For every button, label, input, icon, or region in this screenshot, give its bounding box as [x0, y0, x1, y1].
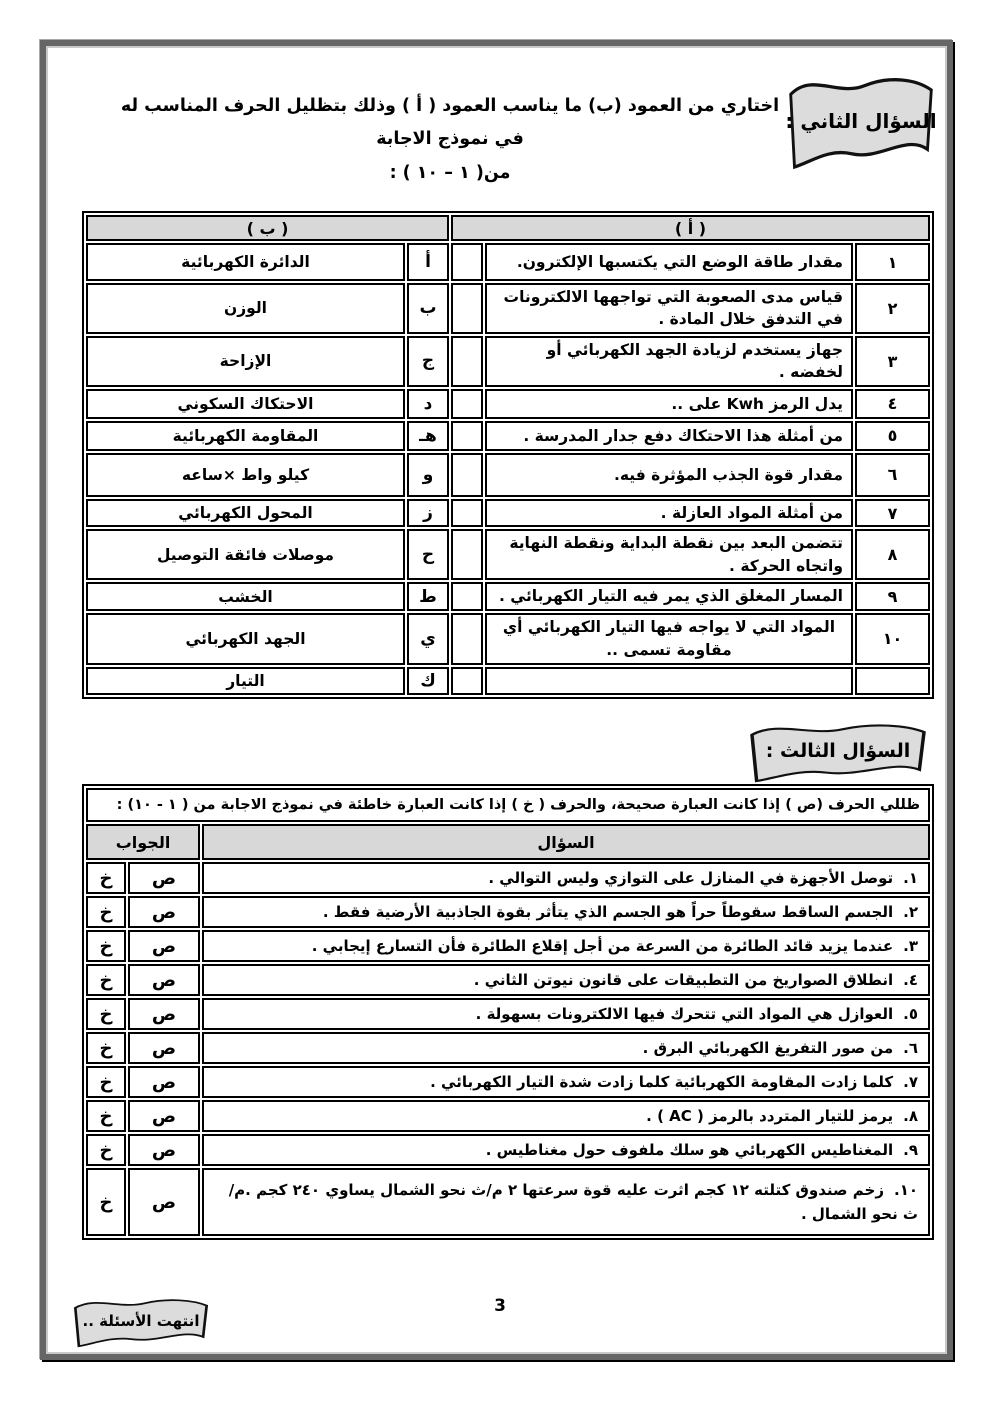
matching-row: ١٠ المواد التي لا يواجه فيها التيار الكه…: [86, 613, 930, 665]
row-number: ٣: [855, 336, 930, 387]
letter-cell: د: [407, 389, 449, 419]
matching-table-header-row: ( أ ) ( ب ): [86, 215, 930, 241]
true-option: ص: [128, 1100, 200, 1132]
matching-row: ٣ جهاز يستخدم لزيادة الجهد الكهربائي أو …: [86, 336, 930, 387]
letter-cell: ط: [407, 582, 449, 610]
page-frame: السؤال الثاني : اختاري من العمود (ب) ما …: [40, 40, 953, 1360]
question-text: عندما يزيد قائد الطائرة من السرعة من أجل…: [312, 937, 893, 955]
question-text: الجسم الساقط سقوطاً حراً هو الجسم الذي ي…: [323, 903, 893, 921]
question-number: ٩.: [903, 1141, 918, 1159]
letter-cell: ج: [407, 336, 449, 387]
question-text: العوازل هي المواد التي تتحرك فيها الالكت…: [476, 1005, 893, 1023]
item-cell: الخشب: [86, 582, 405, 610]
question-cell: ٤.انطلاق الصواريخ من التطبيقات على قانون…: [202, 964, 930, 996]
question2-title: السؤال الثاني :: [785, 68, 937, 178]
row-number: ٦: [855, 453, 930, 497]
question-number: ١٠.: [894, 1181, 918, 1199]
question2-instruction-line1: اختاري من العمود (ب) ما يناسب العمود ( أ…: [110, 90, 790, 157]
true-false-row: ١.توصل الأجهزة في المنازل على التوازي ول…: [86, 862, 930, 894]
question2-instruction: اختاري من العمود (ب) ما يناسب العمود ( أ…: [110, 90, 790, 190]
question-number: ٨.: [903, 1107, 918, 1125]
row-number: ٥: [855, 421, 930, 451]
question-cell: ١.توصل الأجهزة في المنازل على التوازي ول…: [202, 862, 930, 894]
row-number: ٨: [855, 529, 930, 580]
statement-cell: تتضمن البعد بين نقطة البداية ونقطة النها…: [485, 529, 853, 580]
matching-row: ٧ من أمثلة المواد العازلة . ز المحول الك…: [86, 499, 930, 527]
true-option: ص: [128, 1032, 200, 1064]
true-option: ص: [128, 1168, 200, 1236]
letter-cell: ح: [407, 529, 449, 580]
row-number: ٩: [855, 582, 930, 610]
item-cell: المحول الكهربائي: [86, 499, 405, 527]
true-option: ص: [128, 1066, 200, 1098]
matching-table: ( أ ) ( ب ) ١ مقدار طاقة الوضع التي يكتس…: [82, 211, 934, 699]
question-cell: ١٠.زخم صندوق كتلته ١٢ كجم اثرت عليه قوة …: [202, 1168, 930, 1236]
statement-cell: يدل الرمز Kwh على ..: [485, 389, 853, 419]
letter-cell: ك: [407, 667, 449, 695]
q3-instruction-row: ظللي الحرف (ص ) إذا كانت العبارة صحيحة، …: [86, 788, 930, 822]
letter-cell: ب: [407, 283, 449, 334]
question-number: ٣.: [903, 937, 918, 955]
item-cell: موصلات فائقة التوصيل: [86, 529, 405, 580]
true-false-row: ٩.المغناطيس الكهربائي هو سلك ملفوف حول م…: [86, 1134, 930, 1166]
item-cell: الإزاحة: [86, 336, 405, 387]
matching-row: ١ مقدار طاقة الوضع التي يكتسبها الإلكترو…: [86, 243, 930, 281]
answer-box: [451, 613, 483, 665]
question-cell: ٧.كلما زادت المقاومة الكهربائية كلما زاد…: [202, 1066, 930, 1098]
question-cell: ٢.الجسم الساقط سقوطاً حراً هو الجسم الذي…: [202, 896, 930, 928]
statement-cell: من أمثلة المواد العازلة .: [485, 499, 853, 527]
matching-row: ٢ قياس مدى الصعوبة التي تواجهها الالكترو…: [86, 283, 930, 334]
answer-box: [451, 283, 483, 334]
item-cell: الوزن: [86, 283, 405, 334]
false-option: خ: [86, 998, 126, 1030]
question2-instruction-line2: من( ١ – ١٠ ) :: [110, 157, 790, 190]
column-b-header: ( ب ): [86, 215, 449, 241]
true-false-row: ٧.كلما زادت المقاومة الكهربائية كلما زاد…: [86, 1066, 930, 1098]
row-number: ٧: [855, 499, 930, 527]
true-false-row: ٨.يرمز للتيار المتردد بالرمز ( AC ) . ص …: [86, 1100, 930, 1132]
item-cell: الاحتكاك السكوني: [86, 389, 405, 419]
answer-box: [451, 529, 483, 580]
row-number: ١: [855, 243, 930, 281]
statement-cell: المسار المغلق الذي يمر فيه التيار الكهرب…: [485, 582, 853, 610]
question-text: زخم صندوق كتلته ١٢ كجم اثرت عليه قوة سرع…: [229, 1181, 918, 1223]
false-option: خ: [86, 1168, 126, 1236]
false-option: خ: [86, 862, 126, 894]
question-text: كلما زادت المقاومة الكهربائية كلما زادت …: [430, 1073, 893, 1091]
answer-column-header: الجواب: [86, 824, 200, 860]
question2-ribbon: السؤال الثاني :: [785, 68, 937, 178]
answer-box: [451, 243, 483, 281]
true-false-row: ٣.عندما يزيد قائد الطائرة من السرعة من أ…: [86, 930, 930, 962]
question-text: من صور التفريغ الكهربائي البرق .: [643, 1039, 893, 1057]
answer-box: [451, 389, 483, 419]
question-text: توصل الأجهزة في المنازل على التوازي وليس…: [488, 869, 893, 887]
true-false-row: ٤.انطلاق الصواريخ من التطبيقات على قانون…: [86, 964, 930, 996]
true-false-row: ٦.من صور التفريغ الكهربائي البرق . ص خ: [86, 1032, 930, 1064]
false-option: خ: [86, 1100, 126, 1132]
false-option: خ: [86, 1066, 126, 1098]
false-option: خ: [86, 930, 126, 962]
item-cell: المقاومة الكهربائية: [86, 421, 405, 451]
matching-row: ٩ المسار المغلق الذي يمر فيه التيار الكه…: [86, 582, 930, 610]
answer-box: [451, 499, 483, 527]
question-number: ٥.: [903, 1005, 918, 1023]
question-cell: ٦.من صور التفريغ الكهربائي البرق .: [202, 1032, 930, 1064]
question3-ribbon: السؤال الثالث :: [745, 718, 931, 788]
row-number: ٤: [855, 389, 930, 419]
answer-box: [451, 667, 483, 695]
true-option: ص: [128, 930, 200, 962]
question-text: يرمز للتيار المتردد بالرمز ( AC ) .: [646, 1107, 893, 1125]
question-number: ٢.: [903, 903, 918, 921]
item-cell: الجهد الكهربائي: [86, 613, 405, 665]
letter-cell: ي: [407, 613, 449, 665]
q3-header-row: السؤال الجواب: [86, 824, 930, 860]
question3-instruction: ظللي الحرف (ص ) إذا كانت العبارة صحيحة، …: [86, 788, 930, 822]
statement-cell: من أمثلة هذا الاحتكاك دفع جدار المدرسة .: [485, 421, 853, 451]
row-number: ١٠: [855, 613, 930, 665]
item-cell: كيلو واط ×ساعه: [86, 453, 405, 497]
question3-title: السؤال الثالث :: [745, 718, 931, 788]
answer-box: [451, 336, 483, 387]
column-a-header: ( أ ): [451, 215, 930, 241]
letter-cell: ز: [407, 499, 449, 527]
matching-row: ٦ مقدار قوة الجذب المؤثرة فيه. و كيلو وا…: [86, 453, 930, 497]
false-option: خ: [86, 896, 126, 928]
item-cell: الدائرة الكهربائية: [86, 243, 405, 281]
answer-box: [451, 582, 483, 610]
true-false-row: ٥.العوازل هي المواد التي تتحرك فيها الال…: [86, 998, 930, 1030]
true-false-row: ١٠.زخم صندوق كتلته ١٢ كجم اثرت عليه قوة …: [86, 1168, 930, 1236]
true-false-row: ٢.الجسم الساقط سقوطاً حراً هو الجسم الذي…: [86, 896, 930, 928]
false-option: خ: [86, 1032, 126, 1064]
question-cell: ٨.يرمز للتيار المتردد بالرمز ( AC ) .: [202, 1100, 930, 1132]
question-text: انطلاق الصواريخ من التطبيقات على قانون ن…: [474, 971, 893, 989]
statement-cell: جهاز يستخدم لزيادة الجهد الكهربائي أو لخ…: [485, 336, 853, 387]
question-number: ١.: [903, 869, 918, 887]
item-cell: التيار: [86, 667, 405, 695]
question-number: ٤.: [903, 971, 918, 989]
letter-cell: أ: [407, 243, 449, 281]
matching-row: ٨ تتضمن البعد بين نقطة البداية ونقطة الن…: [86, 529, 930, 580]
answer-box: [451, 453, 483, 497]
true-option: ص: [128, 1134, 200, 1166]
question-number: ٧.: [903, 1073, 918, 1091]
end-of-questions-ribbon: انتهت الأسئلة ..: [70, 1294, 212, 1352]
page-number: 3: [460, 1296, 540, 1316]
statement-cell: المواد التي لا يواجه فيها التيار الكهربا…: [485, 613, 853, 665]
true-option: ص: [128, 862, 200, 894]
true-option: ص: [128, 964, 200, 996]
question-column-header: السؤال: [202, 824, 930, 860]
statement-cell: مقدار قوة الجذب المؤثرة فيه.: [485, 453, 853, 497]
statement-cell: مقدار طاقة الوضع التي يكتسبها الإلكترون.: [485, 243, 853, 281]
true-option: ص: [128, 896, 200, 928]
question-text: المغناطيس الكهربائي هو سلك ملفوف حول مغن…: [486, 1141, 893, 1159]
question-cell: ٥.العوازل هي المواد التي تتحرك فيها الال…: [202, 998, 930, 1030]
row-number: [855, 667, 930, 695]
false-option: خ: [86, 964, 126, 996]
true-false-table: ظللي الحرف (ص ) إذا كانت العبارة صحيحة، …: [82, 784, 934, 1240]
matching-row: ٥ من أمثلة هذا الاحتكاك دفع جدار المدرسة…: [86, 421, 930, 451]
statement-cell: قياس مدى الصعوبة التي تواجهها الالكترونا…: [485, 283, 853, 334]
false-option: خ: [86, 1134, 126, 1166]
answer-box: [451, 421, 483, 451]
letter-cell: و: [407, 453, 449, 497]
statement-cell: [485, 667, 853, 695]
question-cell: ٩.المغناطيس الكهربائي هو سلك ملفوف حول م…: [202, 1134, 930, 1166]
end-of-questions-label: انتهت الأسئلة ..: [70, 1294, 212, 1352]
true-option: ص: [128, 998, 200, 1030]
matching-row: ٤ يدل الرمز Kwh على .. د الاحتكاك السكون…: [86, 389, 930, 419]
question-cell: ٣.عندما يزيد قائد الطائرة من السرعة من أ…: [202, 930, 930, 962]
question-number: ٦.: [903, 1039, 918, 1057]
letter-cell: هـ: [407, 421, 449, 451]
matching-row: ك التيار: [86, 667, 930, 695]
row-number: ٢: [855, 283, 930, 334]
